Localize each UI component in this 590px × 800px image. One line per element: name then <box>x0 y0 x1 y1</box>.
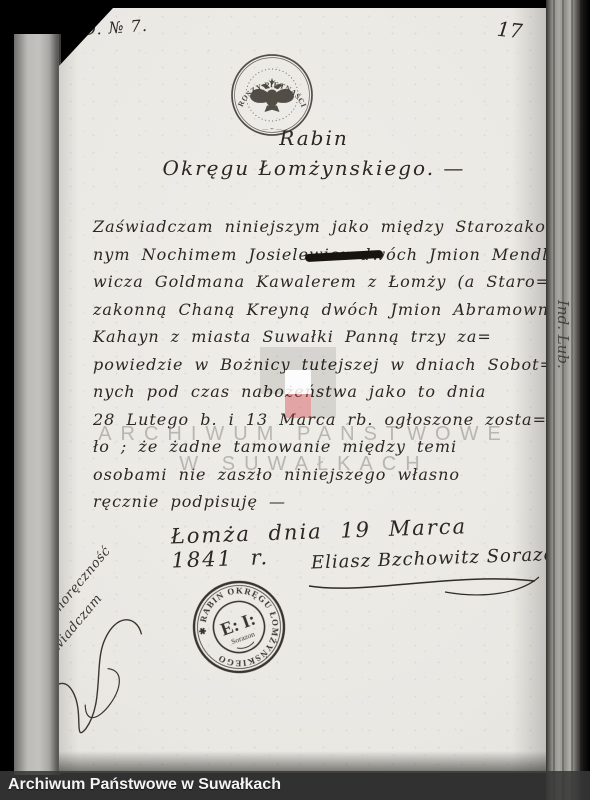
signature-flourish <box>305 568 545 598</box>
archival-scan: D. № 7. 17 GROSZY PIĘTNAŚCIE — ·•· — Rab… <box>0 0 590 800</box>
watermark-text-line2: W SUWAŁKACH <box>89 453 519 476</box>
body-line: ręcznie podpisuję — <box>93 488 559 516</box>
page-number: 17 <box>496 17 524 44</box>
heading-district: Okręgu Łomżynskiego. — <box>139 156 489 180</box>
book-binding <box>546 0 590 800</box>
double-eagle-icon <box>250 78 294 112</box>
watermark-text-line1: ARCHIWUM PAŃSTWOWE <box>89 423 519 446</box>
archive-caption-text: Archiwum Państwowe w Suwałkach <box>0 771 590 799</box>
page-stack-edge <box>14 34 61 775</box>
heading-rabin: Rabin <box>209 126 419 150</box>
caption-bar: Archiwum Państwowe w Suwałkach <box>0 771 590 800</box>
watermark-logo <box>260 347 336 418</box>
body-line: zakonną Chaną Kreyną dwóch Jmion Abramow… <box>93 296 559 324</box>
document-page: D. № 7. 17 GROSZY PIĘTNAŚCIE — ·•· — Rab… <box>59 8 546 773</box>
reference-number: D. № 7. <box>82 16 148 39</box>
body-line: Zaświadczam niniejszym jako między Staro… <box>93 213 559 241</box>
margin-note-vertical: Ind. Lub. <box>554 300 572 369</box>
body-line: wicza Goldmana Kawalerem z Łomży (a Star… <box>93 268 559 296</box>
